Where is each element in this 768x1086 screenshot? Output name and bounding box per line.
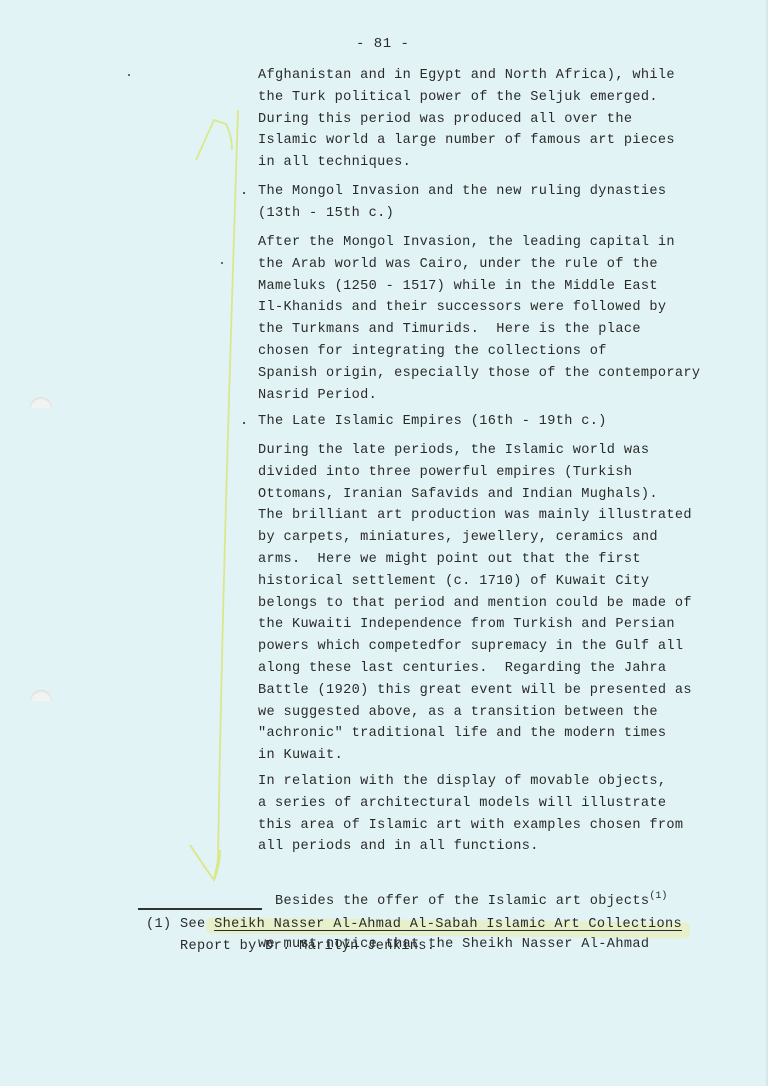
closing-line-1: Besides the offer of the Islamic art obj… xyxy=(275,894,649,909)
footnote: (1) See Sheikh Nasser Al-Ahmad Al-Sabah … xyxy=(146,914,682,958)
text-line: a series of architectural models will il… xyxy=(258,793,728,815)
text-line: During this period was produced all over… xyxy=(258,109,728,131)
text-line: Mameluks (1250 - 1517) while in the Midd… xyxy=(258,276,728,298)
text-line: In relation with the display of movable … xyxy=(258,771,728,793)
text-line: chosen for integrating the collections o… xyxy=(258,341,728,363)
intro-paragraph: Afghanistan and in Egypt and North Afric… xyxy=(258,65,728,174)
text-line: arms. Here we might point out that the f… xyxy=(258,549,728,571)
text-line: in Kuwait. xyxy=(258,745,728,767)
footnote-reference[interactable]: (1) xyxy=(649,891,667,902)
bullet-point: . xyxy=(240,181,258,203)
text-line: Ottomans, Iranian Safavids and Indian Mu… xyxy=(258,484,728,506)
text-line: divided into three powerful empires (Tur… xyxy=(258,462,728,484)
footnote-separator xyxy=(138,908,262,910)
stray-dot xyxy=(221,262,223,264)
text-line: belongs to that period and mention could… xyxy=(258,593,728,615)
footnote-prefix: See xyxy=(180,917,206,932)
footnote-line-2: Report by Dr. Marilyn Jenkins. xyxy=(180,939,435,954)
section-body-mongol-invasion: After the Mongol Invasion, the leading c… xyxy=(258,232,728,406)
page-number: - 81 - xyxy=(356,36,409,52)
text-line: During the late periods, the Islamic wor… xyxy=(258,440,728,462)
text-line: powers which competedfor supremacy in th… xyxy=(258,636,728,658)
text-line: the Kuwaiti Independence from Turkish an… xyxy=(258,614,728,636)
footnote-marker: (1) xyxy=(146,917,172,932)
section-body-late-islamic-empires: During the late periods, the Islamic wor… xyxy=(258,440,728,767)
text-line: the Turk political power of the Seljuk e… xyxy=(258,87,728,109)
text-line: the Turkmans and Timurids. Here is the p… xyxy=(258,319,728,341)
text-line: (13th - 15th c.) xyxy=(240,203,666,225)
text-line: Nasrid Period. xyxy=(258,385,728,407)
text-line: this area of Islamic art with examples c… xyxy=(258,815,728,837)
text-line: by carpets, miniatures, jewellery, ceram… xyxy=(258,527,728,549)
text-line: all periods and in all functions. xyxy=(258,836,728,858)
text-line: Il-Khanids and their successors were fol… xyxy=(258,297,728,319)
text-line: Battle (1920) this great event will be p… xyxy=(258,680,728,702)
text-line: Islamic world a large number of famous a… xyxy=(258,130,728,152)
text-line: we suggested above, as a transition betw… xyxy=(258,702,728,724)
text-line: The brilliant art production was mainly … xyxy=(258,505,728,527)
text-line: After the Mongol Invasion, the leading c… xyxy=(258,232,728,254)
text-line: historical settlement (c. 1710) of Kuwai… xyxy=(258,571,728,593)
text-line: Afghanistan and in Egypt and North Afric… xyxy=(258,65,728,87)
section-heading-late-islamic-empires: .The Late Islamic Empires (16th - 19th c… xyxy=(240,411,607,433)
architecture-paragraph: In relation with the display of movable … xyxy=(258,771,728,858)
text-line: Spanish origin, especially those of the … xyxy=(258,363,728,385)
section-heading-mongol-invasion: .The Mongol Invasion and the new ruling … xyxy=(240,181,666,225)
text-line: the Arab world was Cairo, under the rule… xyxy=(258,254,728,276)
bullet-point: . xyxy=(240,411,258,433)
text-line: in all techniques. xyxy=(258,152,728,174)
text-line: .The Late Islamic Empires (16th - 19th c… xyxy=(240,411,607,433)
text-line: .The Mongol Invasion and the new ruling … xyxy=(240,181,666,203)
stray-dot xyxy=(128,74,130,76)
text-line: along these last centuries. Regarding th… xyxy=(258,658,728,680)
footnote-title: Sheikh Nasser Al-Ahmad Al-Sabah Islamic … xyxy=(214,917,682,932)
text-line: "achronic" traditional life and the mode… xyxy=(258,723,728,745)
